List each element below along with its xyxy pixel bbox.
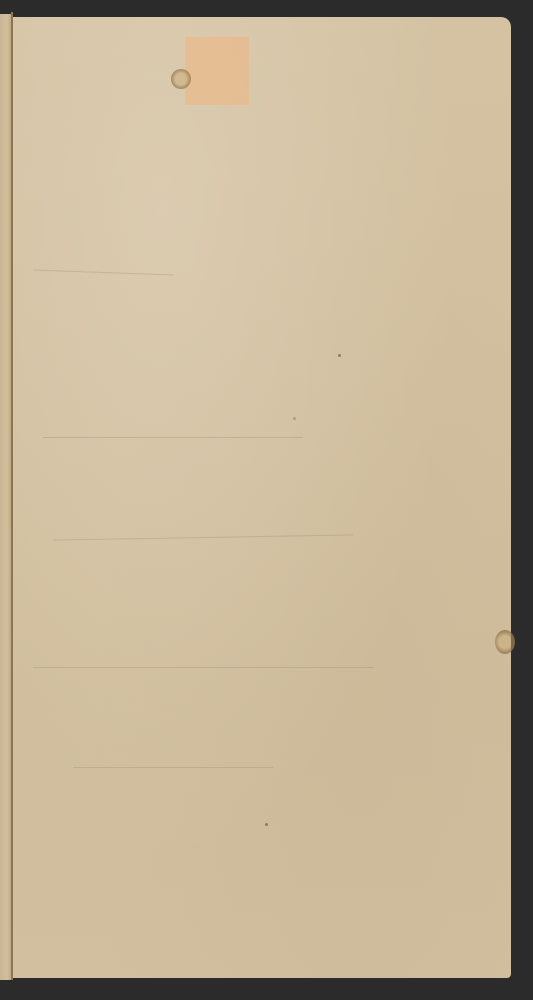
stain-spot-top — [171, 69, 191, 89]
paper-crease — [53, 534, 353, 540]
paper-crease — [73, 767, 273, 768]
paper-crease — [43, 437, 303, 438]
blank-page — [13, 17, 511, 978]
stain-spot-right — [495, 630, 515, 654]
paper-speck — [265, 823, 268, 826]
paper-crease — [33, 667, 373, 668]
paper-speck — [338, 354, 341, 357]
paper-speck — [293, 417, 296, 420]
paper-crease — [33, 270, 173, 276]
faded-library-stamp — [185, 37, 249, 105]
